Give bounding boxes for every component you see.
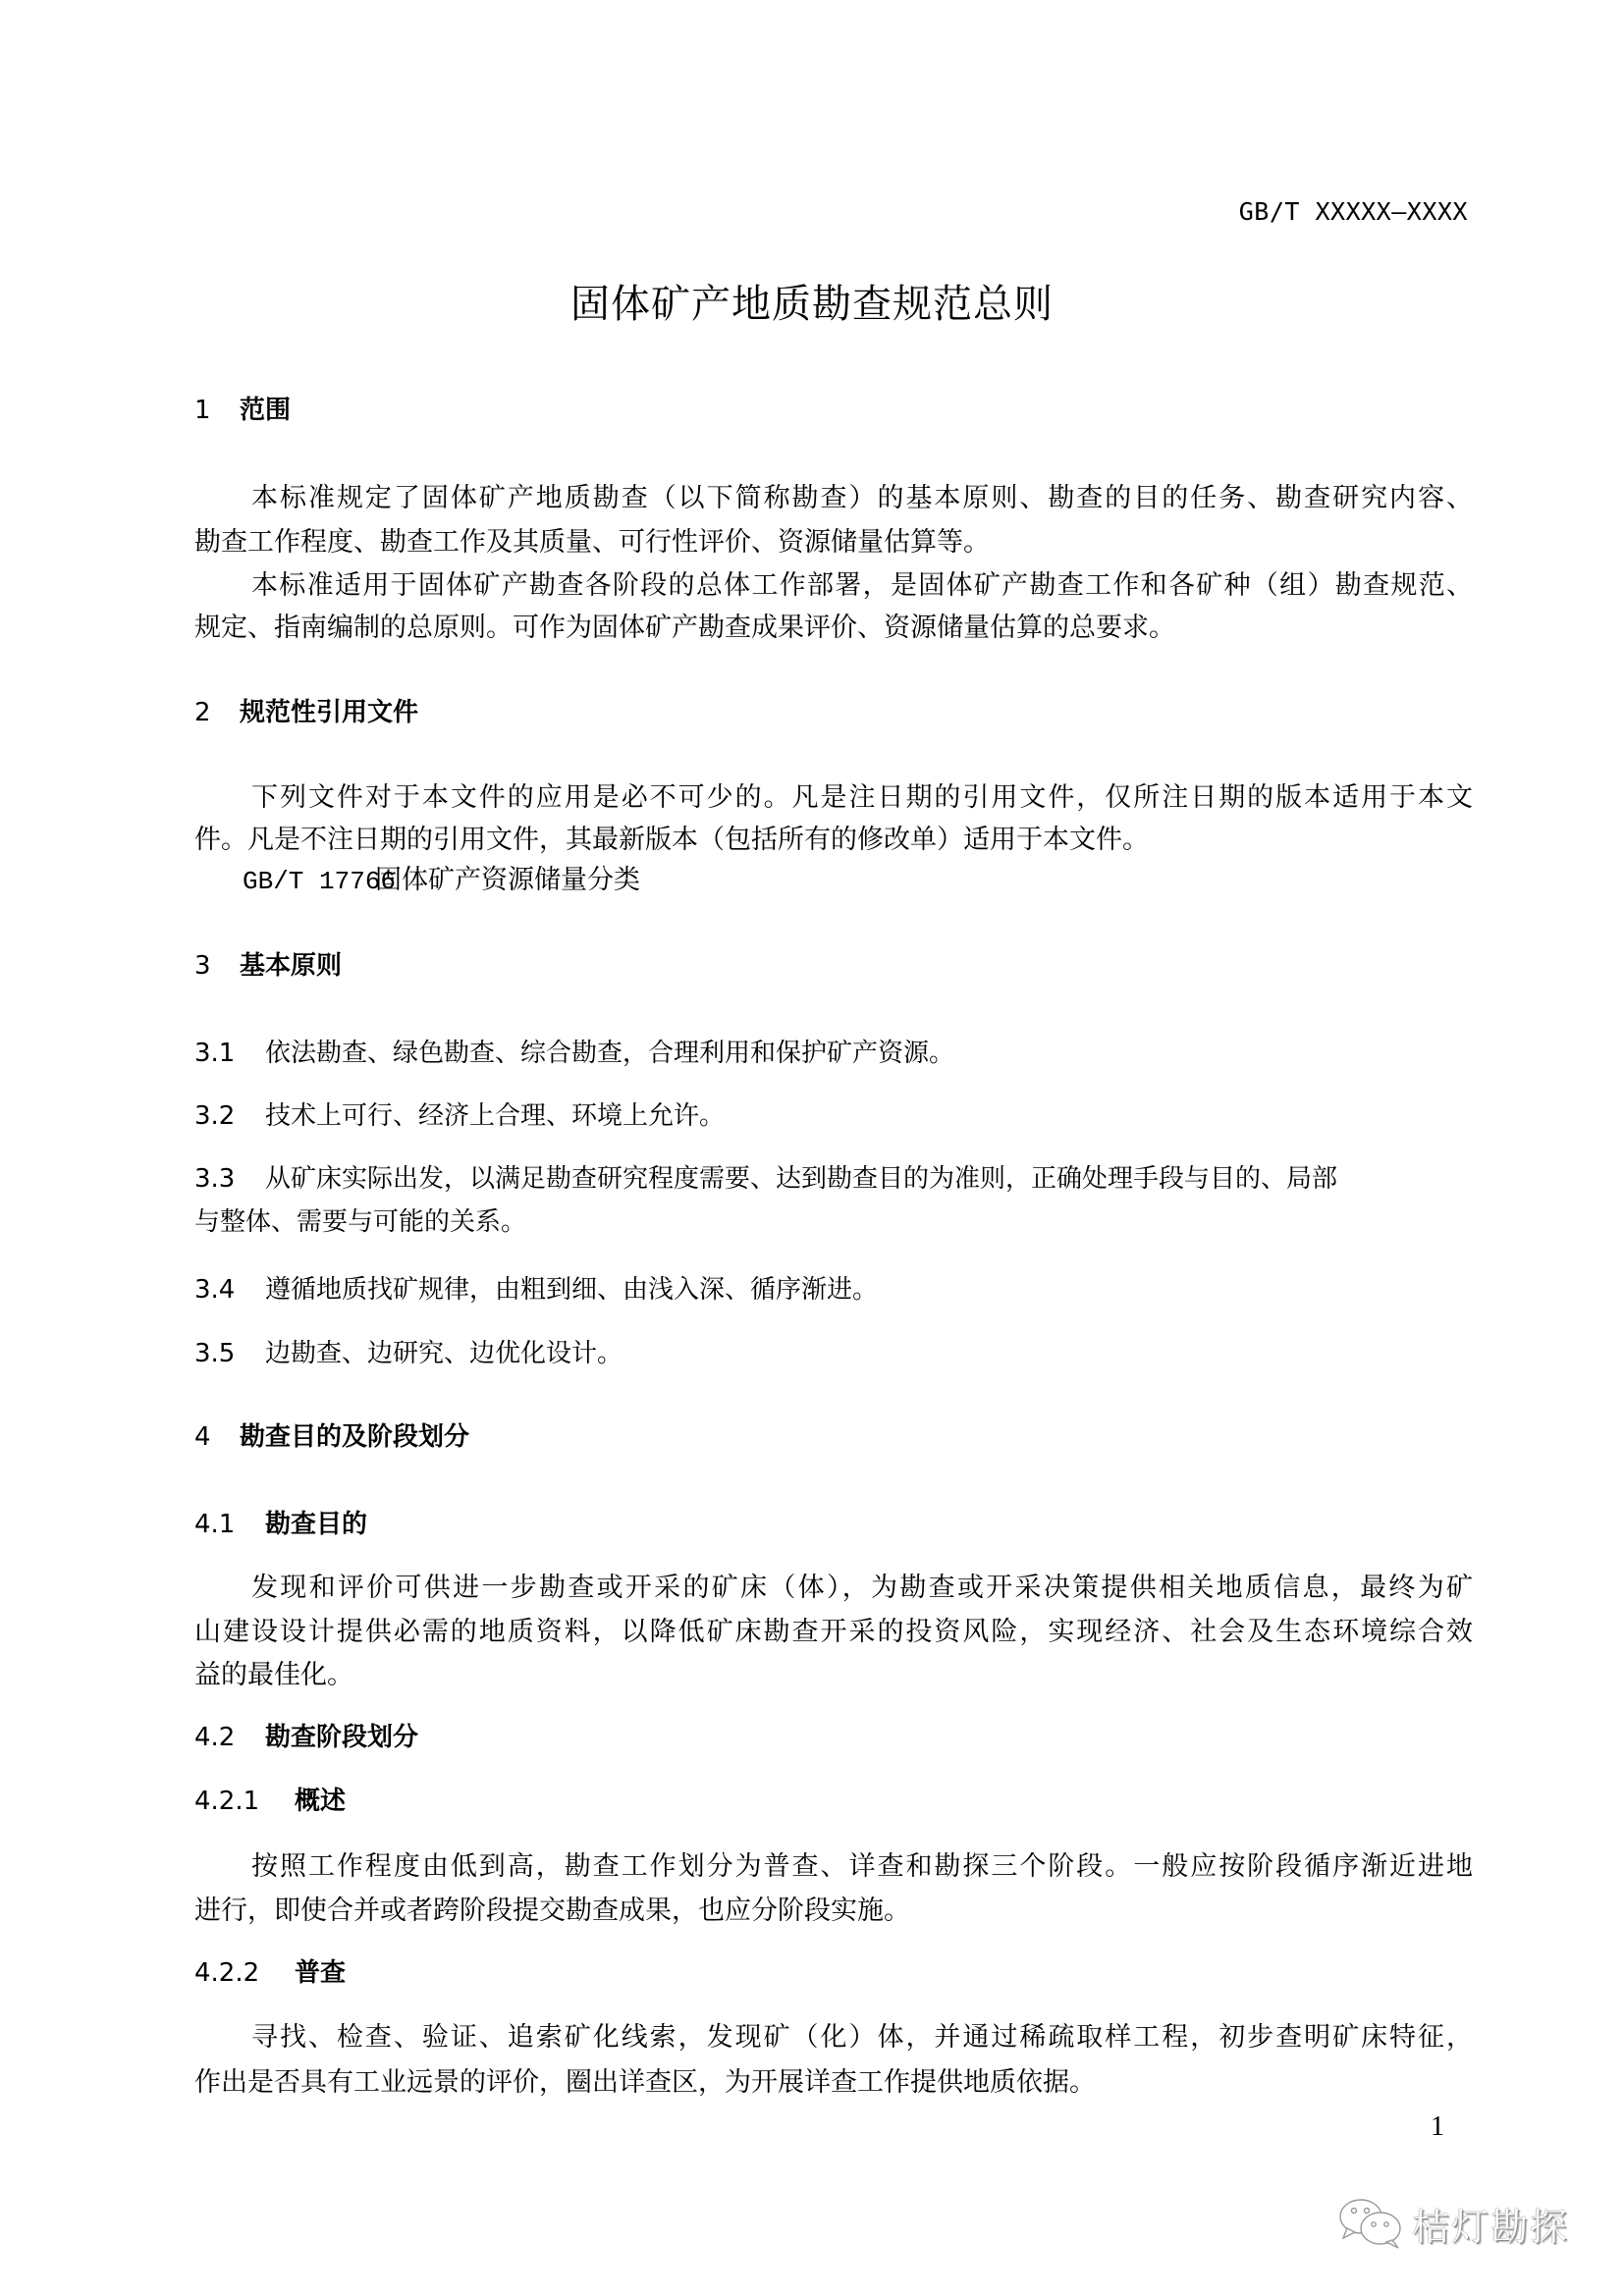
section-4-1-heading: 4.1勘查目的 (194, 1509, 367, 1540)
paragraph-line: 作出是否具有工业远景的评价，圈出详查区，为开展详查工作提供地质依据。 (194, 2066, 1473, 2100)
paragraph-line: 发现和评价可供进一步勘查或开采的矿床（体），为勘查或开采决策提供相关地质信息，最… (251, 1572, 1473, 1605)
standard-code: GB/T XXXXX—XXXX (1239, 197, 1468, 227)
paragraph-line: 山建设设计提供必需的地质资料，以降低矿床勘查开采的投资风险，实现经济、社会及生态… (194, 1616, 1473, 1649)
section-4-2-2-heading: 4.2.2普查 (194, 1957, 346, 1989)
clause-number: 3.3 (194, 1163, 265, 1195)
clause-text: 依法勘查、绿色勘查、综合勘查，合理利用和保护矿产资源。 (265, 1039, 954, 1068)
paragraph-line: 本标准适用于固体矿产勘查各阶段的总体工作部署，是固体矿产勘查工作和各矿种（组）勘… (251, 569, 1473, 603)
section-4-2-1-heading: 4.2.1概述 (194, 1786, 346, 1817)
paragraph-line: 下列文件对于本文件的应用是必不可少的。凡是注日期的引用文件，仅所注日期的版本适用… (251, 781, 1473, 815)
paragraph-line: 进行，即使合并或者跨阶段提交勘查成果，也应分阶段实施。 (194, 1895, 1473, 1928)
section-1-heading: 1范围 (194, 395, 291, 426)
paragraph-line: 勘查工作程度、勘查工作及其质量、可行性评价、资源储量估算等。 (194, 526, 1473, 560)
section-title: 勘查目的 (265, 1510, 367, 1539)
section-title: 普查 (295, 1958, 346, 1988)
clause-number: 3.4 (194, 1274, 265, 1306)
paragraph-line: 寻找、检查、验证、追索矿化线索，发现矿（化）体，并通过稀疏取样工程，初步查明矿床… (251, 2021, 1473, 2055)
section-title: 规范性引用文件 (240, 698, 418, 727)
section-2-heading: 2规范性引用文件 (194, 697, 418, 728)
clause-number: 3.1 (194, 1038, 265, 1069)
section-number: 2 (194, 697, 240, 728)
watermark: 桔灯勘探 (1337, 2199, 1569, 2248)
paragraph-line: 益的最佳化。 (194, 1659, 1473, 1692)
clause-3-5: 3.5边勘查、边研究、边优化设计。 (194, 1338, 623, 1369)
paragraph-line: 件。凡是不注日期的引用文件，其最新版本（包括所有的修改单）适用于本文件。 (194, 824, 1473, 857)
wechat-icon (1337, 2197, 1404, 2250)
section-number: 4 (194, 1421, 240, 1453)
clause-3-1: 3.1依法勘查、绿色勘查、综合勘查，合理利用和保护矿产资源。 (194, 1038, 954, 1069)
section-number: 4.2.1 (194, 1786, 295, 1817)
section-3-heading: 3基本原则 (194, 950, 342, 982)
clause-3-3-continuation: 与整体、需要与可能的关系。 (194, 1206, 526, 1238)
section-title: 基本原则 (240, 951, 342, 981)
section-number: 3 (194, 950, 240, 982)
clause-text: 从矿床实际出发，以满足勘查研究程度需要、达到勘查目的为准则，正确处理手段与目的、… (265, 1164, 1337, 1194)
section-title: 概述 (295, 1787, 346, 1816)
document-page: GB/T XXXXX—XXXX 固体矿产地质勘查规范总则 1范围 本标准规定了固… (0, 0, 1624, 2296)
section-4-heading: 4勘查目的及阶段划分 (194, 1421, 469, 1453)
section-number: 4.2.2 (194, 1957, 295, 1989)
section-title: 勘查阶段划分 (265, 1723, 418, 1752)
section-title: 勘查目的及阶段划分 (240, 1422, 469, 1452)
normative-reference: GB/T 17766固体矿产资源储量分类 (243, 864, 640, 898)
clause-number: 3.2 (194, 1100, 265, 1132)
watermark-text: 桔灯勘探 (1412, 2197, 1569, 2251)
clause-text: 技术上可行、经济上合理、环境上允许。 (265, 1101, 725, 1131)
clause-3-2: 3.2技术上可行、经济上合理、环境上允许。 (194, 1100, 725, 1132)
section-number: 4.2 (194, 1722, 265, 1753)
document-title: 固体矿产地质勘查规范总则 (0, 281, 1624, 328)
section-4-2-heading: 4.2勘查阶段划分 (194, 1722, 418, 1753)
clause-3-4: 3.4遵循地质找矿规律，由粗到细、由浅入深、循序渐进。 (194, 1274, 878, 1306)
clause-text: 遵循地质找矿规律，由粗到细、由浅入深、循序渐进。 (265, 1275, 878, 1305)
section-number: 4.1 (194, 1509, 265, 1540)
section-number: 1 (194, 395, 240, 426)
section-title: 范围 (240, 396, 291, 425)
clause-text: 边勘查、边研究、边优化设计。 (265, 1339, 623, 1368)
clause-3-3: 3.3从矿床实际出发，以满足勘查研究程度需要、达到勘查目的为准则，正确处理手段与… (194, 1163, 1473, 1195)
reference-title: 固体矿产资源储量分类 (375, 865, 640, 895)
paragraph-line: 本标准规定了固体矿产地质勘查（以下简称勘查）的基本原则、勘查的目的任务、勘查研究… (251, 482, 1473, 515)
page-number: 1 (1431, 2110, 1444, 2144)
paragraph-line: 按照工作程度由低到高，勘查工作划分为普查、详查和勘探三个阶段。一般应按阶段循序渐… (251, 1850, 1473, 1884)
clause-number: 3.5 (194, 1338, 265, 1369)
paragraph-line: 规定、指南编制的总原则。可作为固体矿产勘查成果评价、资源储量估算的总要求。 (194, 612, 1473, 645)
reference-code: GB/T 17766 (243, 865, 375, 898)
